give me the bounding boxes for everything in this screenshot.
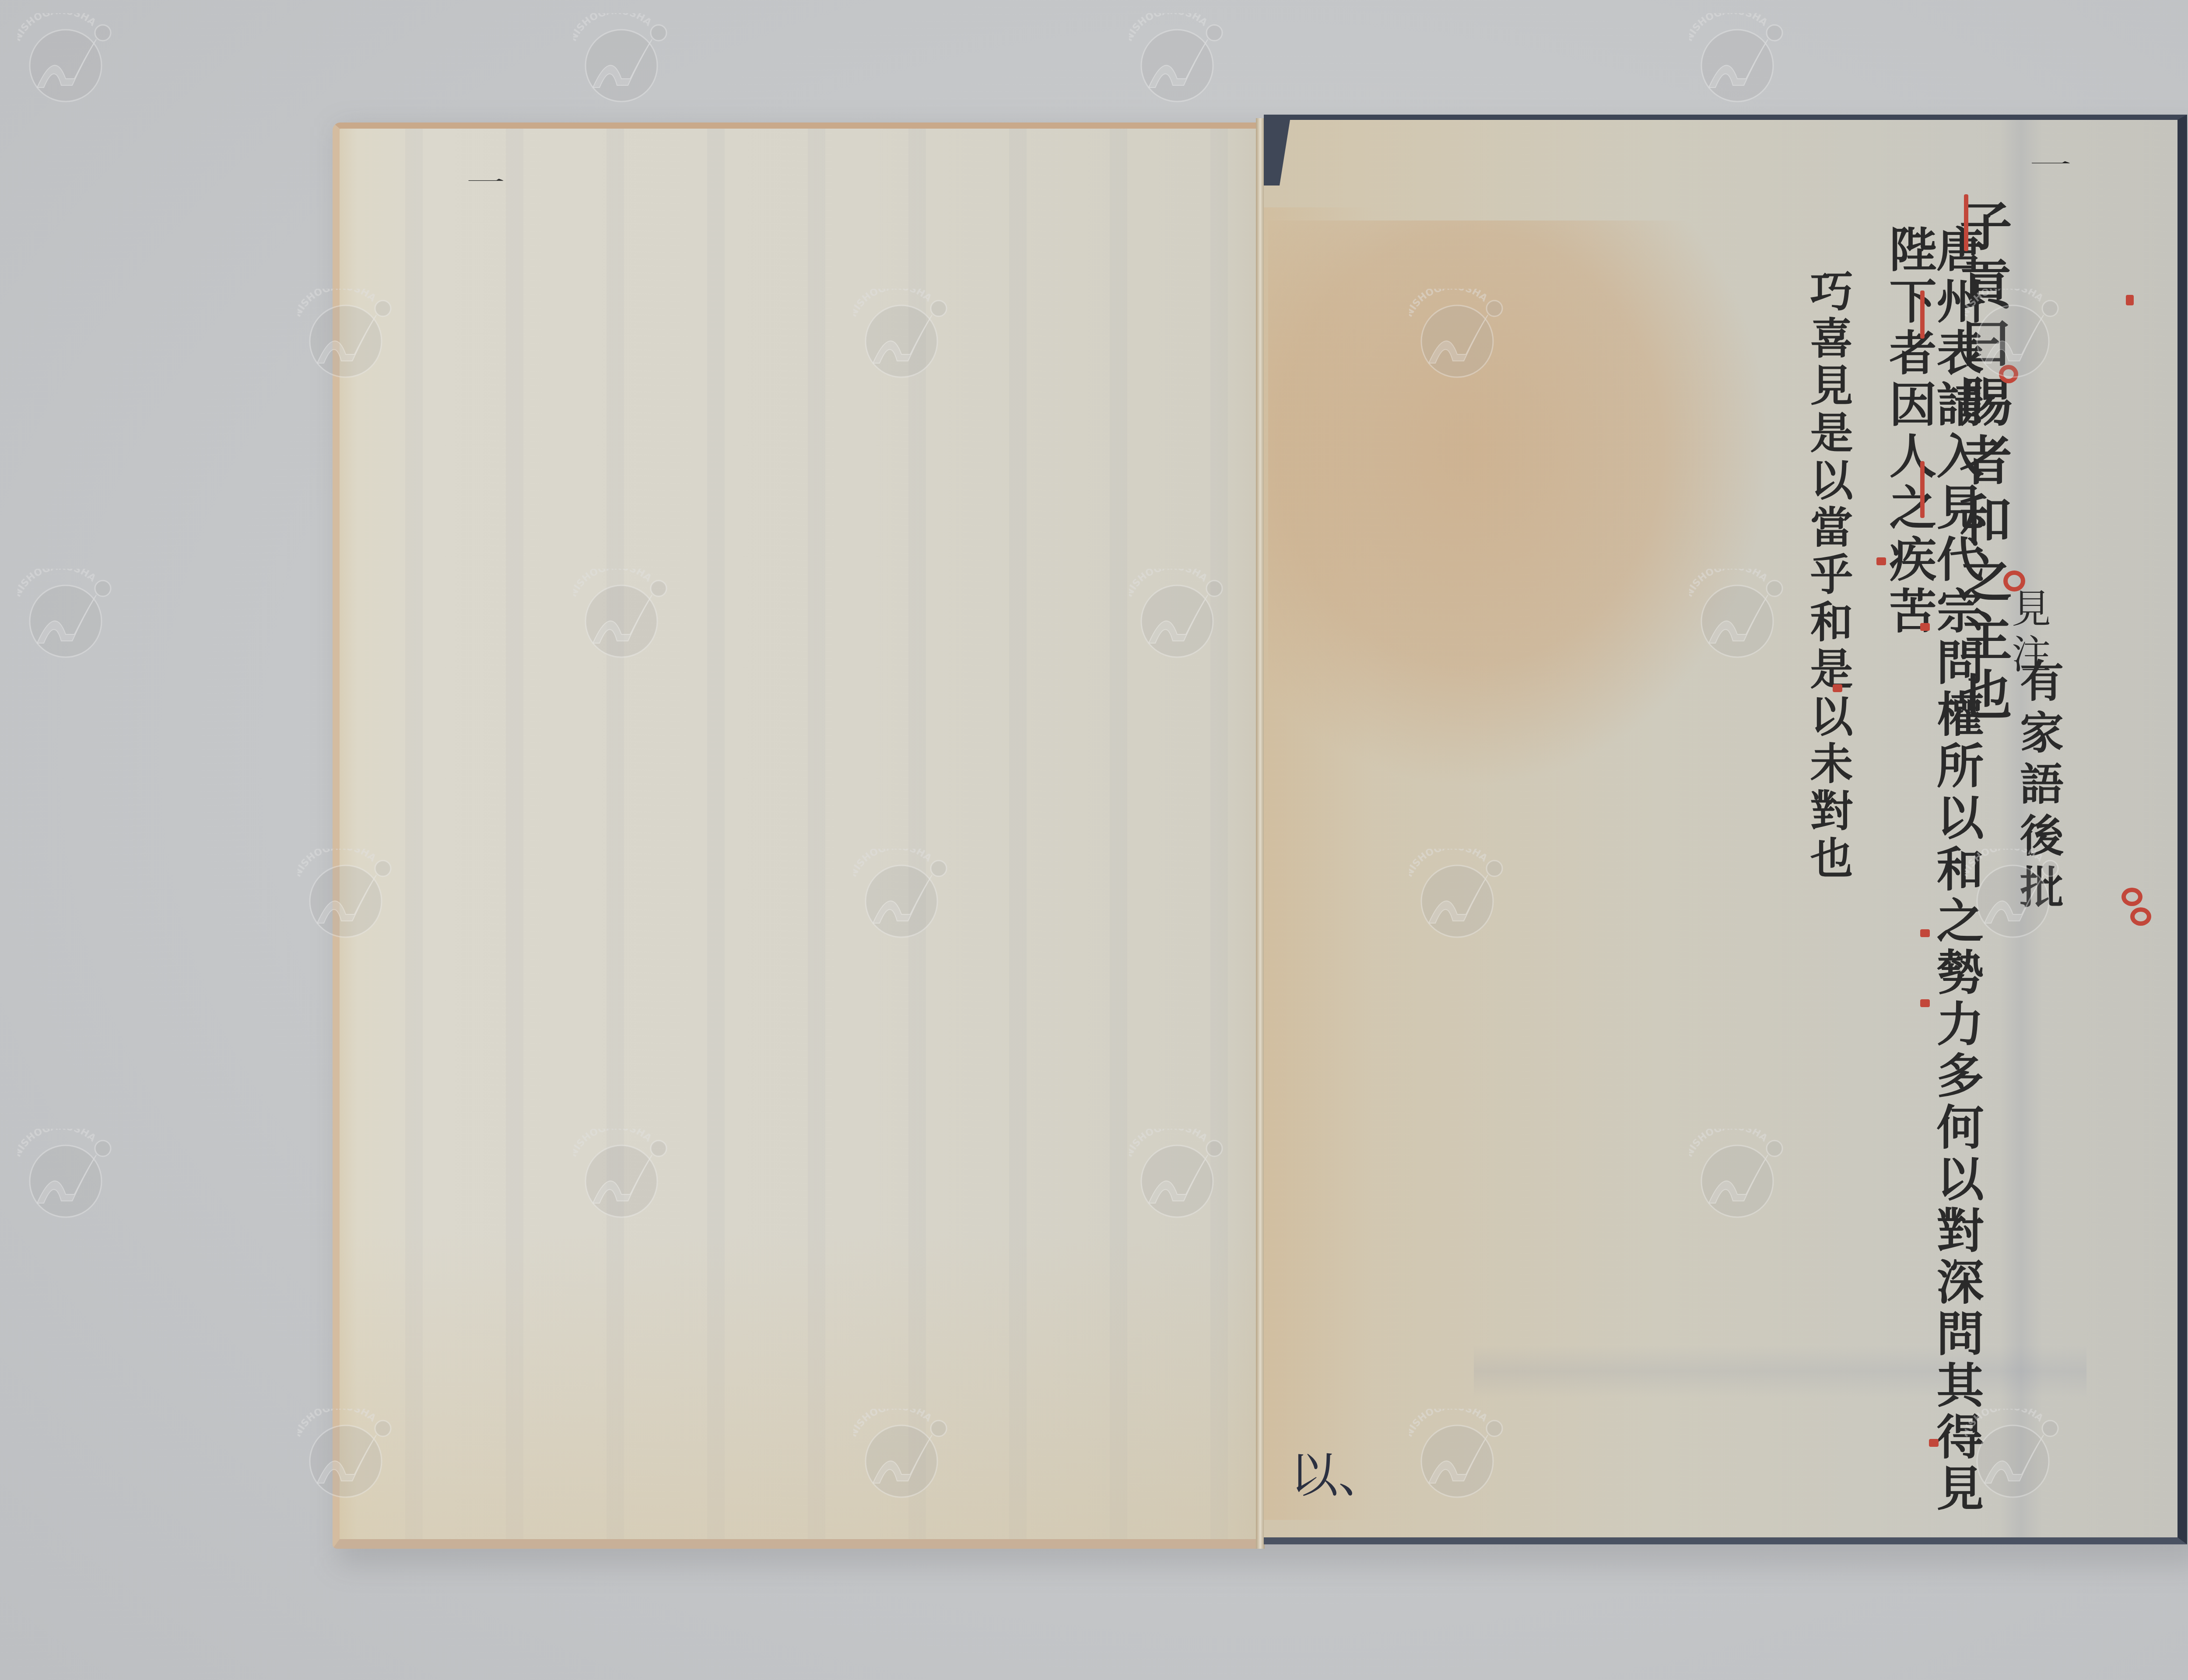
- red-annotation-dot: [1833, 684, 1842, 692]
- red-annotation-dot: [2126, 295, 2134, 305]
- text-column-1-continued: 有家語後批: [2016, 658, 2060, 916]
- red-annotation-dot: [1920, 929, 1930, 937]
- red-annotation-circle: [2003, 570, 2025, 591]
- right-page-mark: 一: [2030, 150, 2072, 175]
- nishogakusha-logo-icon: [18, 1129, 114, 1225]
- nishogakusha-logo-icon: [573, 13, 670, 109]
- red-annotation-line: [1964, 194, 1968, 251]
- text-column-3: 巧喜見是以當乎和是以未對也: [1806, 269, 1849, 883]
- nishogakusha-logo-icon: [1129, 13, 1225, 109]
- paper-stain: [340, 1233, 1260, 1539]
- nishogakusha-logo-icon: [18, 569, 114, 665]
- nishogakusha-logo-icon: [1689, 13, 1785, 109]
- photo-stage: 一 一 子貢曰賜者和之主也 見注 有家語後批 唐州表請入見代宗問權所以和之勢力多…: [0, 0, 2188, 1680]
- red-annotation-circle: [2121, 888, 2142, 906]
- red-annotation-dot: [1876, 557, 1886, 565]
- corner-glyph: 以、: [1290, 1437, 1386, 1506]
- red-annotation-circle: [2130, 907, 2151, 926]
- red-annotation-line: [1920, 461, 1925, 518]
- paper-stain: [1268, 220, 1771, 789]
- red-annotation-dot: [1929, 1439, 1939, 1447]
- book-spine: [1256, 118, 1265, 1549]
- left-page-mark: 一: [466, 168, 505, 193]
- nishogakusha-logo-icon: [18, 13, 114, 109]
- cover-corner: [1264, 120, 1290, 185]
- red-annotation-dot: [1920, 623, 1930, 631]
- red-annotation-dot: [1920, 999, 1930, 1007]
- red-annotation-line: [1920, 290, 1925, 339]
- right-page: 一 子貢曰賜者和之主也 見注 有家語後批 唐州表請入見代宗問權所以和之勢力多何以…: [1264, 115, 2187, 1544]
- text-column-2: 唐州表請入見代宗問權所以和之勢力多何以對深問其得見陛下者因人之疾苦: [1885, 225, 1980, 1537]
- cover-bleed: [1474, 1345, 2086, 1397]
- red-annotation-circle: [1999, 365, 2018, 383]
- left-page: 一: [333, 122, 1260, 1549]
